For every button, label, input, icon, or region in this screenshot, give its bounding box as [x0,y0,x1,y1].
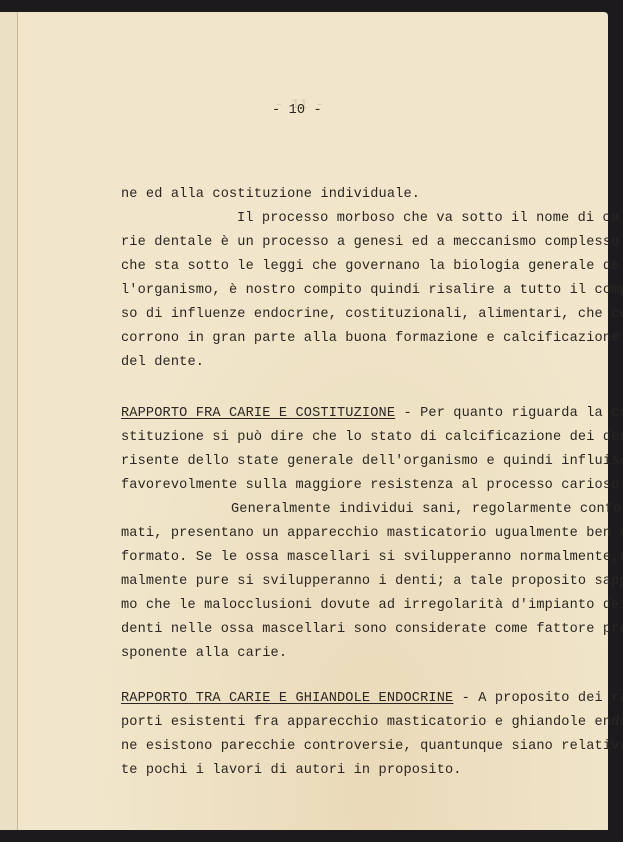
paragraph-line: formato. Se le ossa mascellari si svilup… [121,550,623,566]
paragraph-line: Generalmente individui sani, regolarment… [231,502,623,518]
page-number: - 10 - [272,103,322,119]
paragraph-line: l'organismo, è nostro compito quindi ris… [121,283,623,299]
paragraph-line: malmente pure si svilupperanno i denti; … [121,574,623,590]
section-heading-ghiandole-endocrine: RAPPORTO TRA CARIE E GHIANDOLE ENDOCRINE [121,691,453,706]
section-heading-line: RAPPORTO TRA CARIE E GHIANDOLE ENDOCRINE… [121,691,623,707]
paragraph-line: Il processo morboso che va sotto il nome… [237,211,619,227]
section-heading-costituzione: RAPPORTO FRA CARIE E COSTITUZIONE [121,406,395,421]
typewritten-page: - 11 - - 10 - ne ed alla costituzione in… [17,12,608,830]
paragraph-line: mati, presentano un apparecchio masticat… [121,526,623,542]
paragraph-line: ne esistono parecchie controversie, quan… [121,739,623,755]
paragraph-line: denti nelle ossa mascellari sono conside… [121,622,623,638]
paragraph-line: porti esistenti fra apparecchio masticat… [121,715,623,731]
paragraph-line: risente dello state generale dell'organi… [121,454,623,470]
paragraph-line: favorevolmente sulla maggiore resistenza… [121,478,623,494]
paragraph-line: del dente. [121,355,204,371]
paragraph-line: rie dentale è un processo a genesi ed a … [121,235,619,251]
paragraph-line: te pochi i lavori di autori in proposito… [121,763,462,779]
paragraph-line: che sta sotto le leggi che governano la … [121,259,623,275]
paragraph-line: ne ed alla costituzione individuale. [121,187,420,203]
paragraph-line: mo che le malocclusioni dovute ad irrego… [121,598,623,614]
paragraph-line: corrono in gran parte alla buona formazi… [121,331,619,347]
heading-tail: - A proposito dei rap- [453,691,623,706]
heading-tail: - Per quanto riguarda la co- [395,406,623,421]
paragraph-line: sponente alla carie. [121,646,287,662]
section-heading-line: RAPPORTO FRA CARIE E COSTITUZIONE - Per … [121,406,623,422]
paragraph-line: so di influenze endocrine, costituzional… [121,307,623,323]
paragraph-line: stituzione si può dire che lo stato di c… [121,430,623,446]
